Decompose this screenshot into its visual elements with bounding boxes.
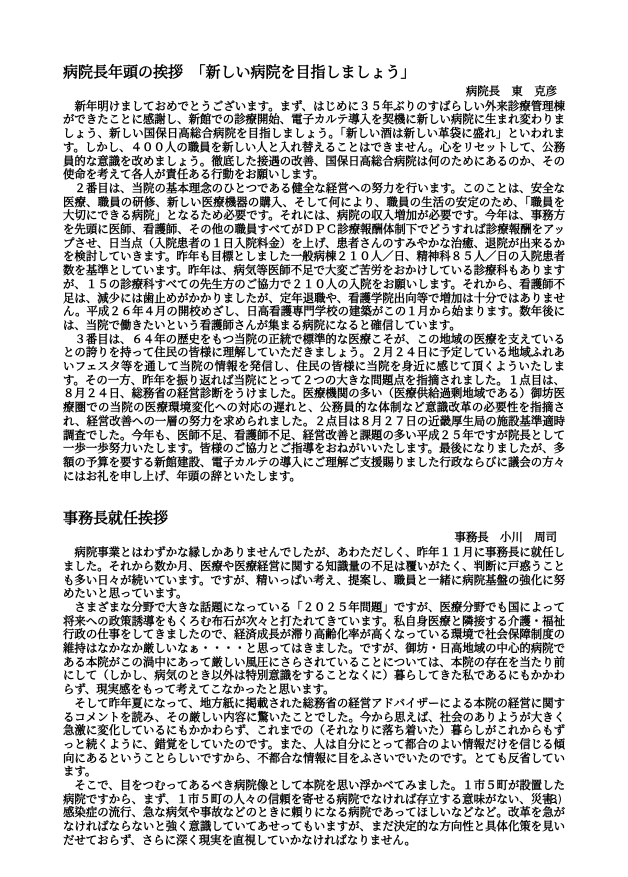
director-greeting-body: 新年明けましておめでとうございます。まず、はじめに３５年ぶりのすばらしい外来診療…: [63, 100, 565, 484]
section-director-new-year-greeting: 病院長年頭の挨拶 「新しい病院を目指しましょう」 病院長 東 克彦 新年明けまし…: [63, 63, 565, 483]
admin-byline: 事務長 小川 周司: [63, 531, 565, 545]
section-admin-director-greeting: 事務長就任挨拶 事務長 小川 周司 病院事業とはわずかな縁しかありませんでしたが…: [63, 509, 565, 847]
admin-greeting-body: 病院事業とはわずかな縁しかありませんでしたが、あわただしく、昨年１１月に事務長に…: [63, 546, 565, 847]
director-byline: 病院長 東 克彦: [63, 85, 565, 99]
paragraph: 病院事業とはわずかな縁しかありませんでしたが、あわただしく、昨年１１月に事務長に…: [63, 546, 565, 601]
paragraph: ２番目は、当院の基本理念のひとつである健全な経営への努力を行います。このことは、…: [63, 182, 565, 333]
document-page: 病院長年頭の挨拶 「新しい病院を目指しましょう」 病院長 東 克彦 新年明けまし…: [0, 0, 628, 877]
paragraph: そして昨年夏になって、地方紙に掲載された総務省の経営アドバイザーによる本院の経営…: [63, 697, 565, 779]
paragraph: さまざまな分野で大きな話題になっている「２０２５年問題」ですが、医療分野でも国に…: [63, 601, 565, 697]
admin-greeting-title: 事務長就任挨拶: [63, 509, 565, 528]
director-greeting-title: 病院長年頭の挨拶 「新しい病院を目指しましょう」: [63, 63, 565, 82]
paragraph: そこで、目をつむってあるべき病院像として本院を思い浮かべてみました。１市５町が設…: [63, 779, 565, 848]
page-number: (3): [546, 793, 562, 807]
paragraph: 新年明けましておめでとうございます。まず、はじめに３５年ぶりのすばらしい外来診療…: [63, 100, 565, 182]
paragraph: ３番目は、６４年の歴史をもつ当院の正統で標準的な医療こそが、この地域の医療を支え…: [63, 333, 565, 484]
